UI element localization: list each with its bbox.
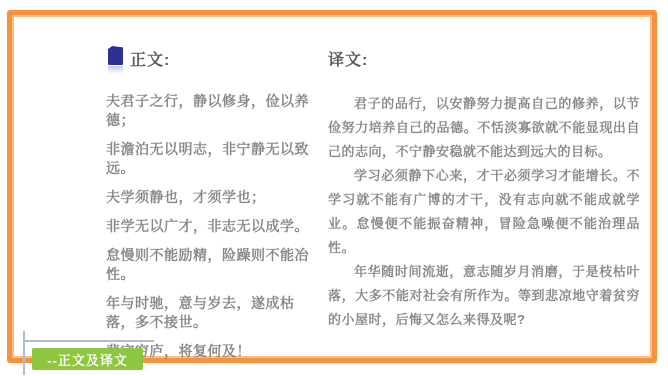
original-text-title: 正文: — [130, 47, 170, 70]
original-text-line: 夫学须静也，才须学也； — [106, 188, 318, 207]
original-text-panel: 正文: 夫君子之行，静以修身，俭以养德； 非澹泊无以明志，非宁静无以致远。 夫学… — [106, 44, 318, 371]
book-icon — [108, 46, 123, 76]
translation-paragraph: 学习必须静下心来，才干必须学习才能增长。不学习就不能有广博的才干，没有志向就不能… — [328, 164, 640, 260]
original-text-line: 年与时驰，意与岁去，遂成枯落，多不接世。 — [106, 294, 318, 332]
translation-header: 译文: — [328, 44, 640, 70]
original-text-header: 正文: — [106, 44, 318, 70]
accent-line-vertical — [23, 331, 25, 375]
original-text-line: 非学无以广才，非志无以成学。 — [106, 217, 318, 236]
original-text-line: 怠慢则不能励精，险躁则不能冶性。 — [106, 246, 318, 284]
original-text-line: 夫君子之行，静以修身，俭以养德； — [106, 92, 318, 130]
original-text-line: 非澹泊无以明志，非宁静无以致远。 — [106, 140, 318, 178]
translation-panel: 译文: 君子的品行，以安静努力提高自己的修养，以节俭努力培养自己的品德。不恬淡寡… — [328, 44, 640, 332]
book-icon-reflection — [108, 66, 123, 74]
translation-paragraph: 君子的品行，以安静努力提高自己的修养，以节俭努力培养自己的品德。不恬淡寡欲就不能… — [328, 92, 640, 164]
translation-paragraph: 年华随时间流逝，意志随岁月消磨，于是枝枯叶落，大多不能对社会有所作为。等到悲凉地… — [328, 260, 640, 332]
translation-title: 译文: — [328, 47, 368, 70]
accent-line-horizontal — [23, 340, 154, 342]
footer-section-badge: --正文及译文 — [32, 348, 143, 370]
slide-canvas: 正文: 夫君子之行，静以修身，俭以养德； 非澹泊无以明志，非宁静无以致远。 夫学… — [0, 0, 668, 376]
footer-badge-label: --正文及译文 — [47, 350, 128, 369]
translation-body: 君子的品行，以安静努力提高自己的修养，以节俭努力培养自己的品德。不恬淡寡欲就不能… — [328, 92, 640, 332]
